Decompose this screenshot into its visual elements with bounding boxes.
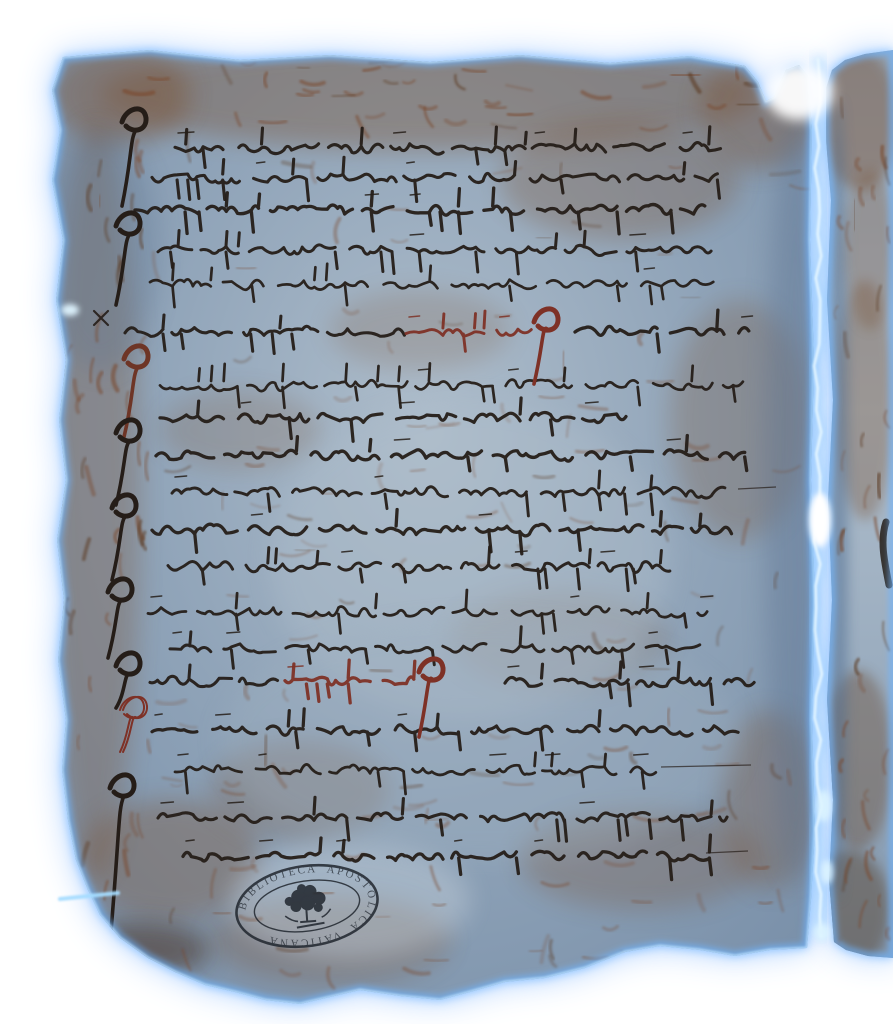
facing-folio-wrap	[0, 0, 893, 1024]
uv-photograph: BIBLIOTECA APOSTOLICA VATICANA	[0, 0, 893, 1024]
facing-folio-edge	[0, 0, 893, 1024]
facing-folio-artwork	[0, 0, 893, 1024]
facing-stains	[810, 50, 893, 970]
